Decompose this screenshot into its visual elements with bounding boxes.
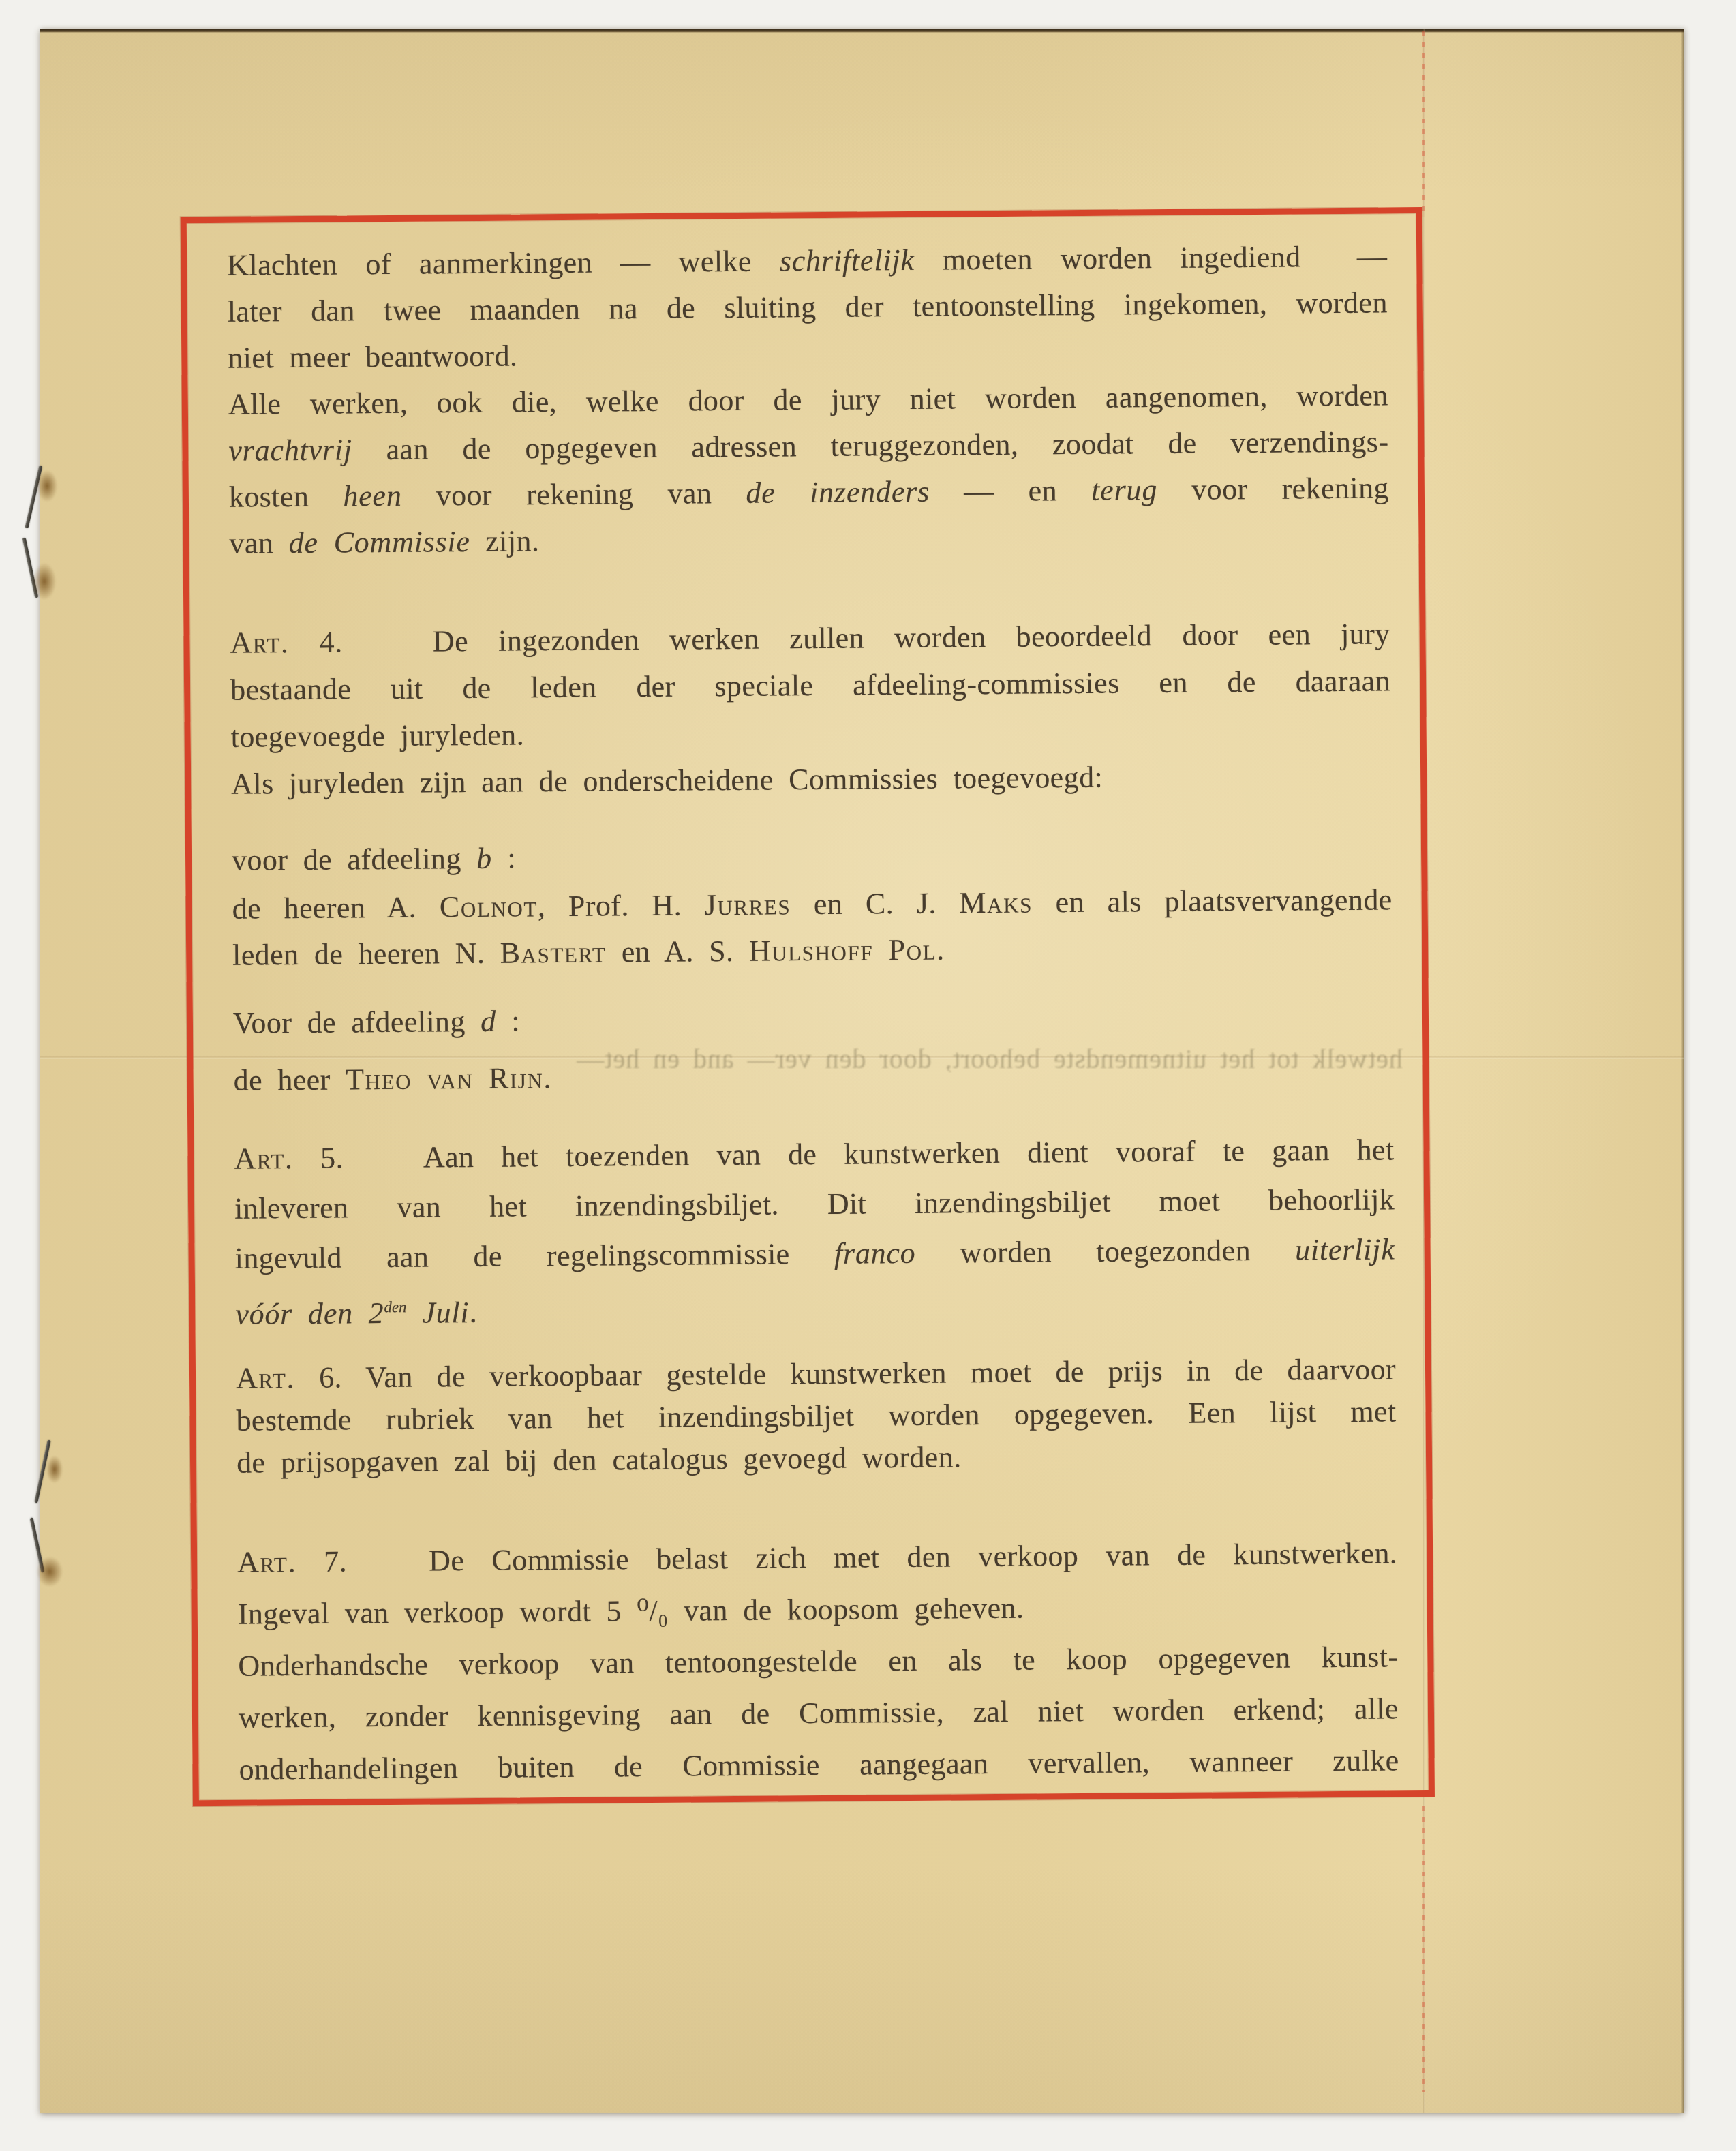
text-line: Voor de afdeeling d : [233,991,1393,1046]
text-line: van de Commissie zijn. [229,511,1389,566]
rust-stain [46,1456,63,1483]
text-line: kosten heen voor rekening van de inzende… [229,465,1389,520]
rust-stain [33,563,56,600]
text-line: Art. 7. De Commissie belast zich met den… [237,1527,1398,1588]
text-block-artikel-7: Art. 7. De Commissie belast zich met den… [237,1527,1399,1795]
text-block-artikel-4: Art. 4. De ingezonden werken zullen word… [230,610,1391,807]
text-line: werken, zonder kennisgeving aan de Commi… [239,1683,1399,1743]
text-block-afdeeling-b-juryleden: de heeren A. Colnot, Prof. H. Jurres en … [232,876,1392,978]
text-block-artikel-5: Art. 5. Aan het toezenden van de kunstwe… [234,1125,1395,1339]
scan-background: hetwelk tot het uitnemendste behoort, do… [0,0,1736,2151]
text-line: ingevuld aan de regelingscommissie franc… [234,1224,1395,1283]
text-line: later dan twee maanden na de sluiting de… [228,279,1388,335]
red-bleed-dashes-top [1422,31,1425,217]
rust-stain [37,470,57,502]
red-bleed-dashes-bottom [1422,1806,1425,2092]
text-block-afdeeling-d-jurylid: de heer Theo van Rijn. [233,1048,1393,1103]
text-block-artikel-6: Art. 6. Van de verkoopbaar gestelde kuns… [236,1348,1397,1484]
text-line: de heeren A. Colnot, Prof. H. Jurres en … [232,876,1392,932]
text-line: Art. 4. De ingezonden werken zullen word… [230,610,1390,666]
text-block-afdeeling-d-kop: Voor de afdeeling d : [233,991,1393,1046]
red-border-frame: Klachten of aanmerkingen — welke schrift… [181,207,1435,1806]
text-column: Klachten of aanmerkingen — welke schrift… [227,213,1399,1799]
text-line: Ingeval van verkoop wordt 5 ⁰/₀ van de k… [237,1579,1398,1640]
text-line: vóór den 2den Juli. [235,1274,1396,1339]
page-top-edge [40,29,1684,33]
page-right-edge [1681,29,1684,2113]
text-line: Art. 5. Aan het toezenden van de kunstwe… [234,1125,1395,1183]
text-line: onderhandelingen buiten de Commissie aan… [239,1735,1399,1795]
text-block-klachten-paragraaf: Klachten of aanmerkingen — welke schrift… [227,233,1390,566]
document-page: hetwelk tot het uitnemendste behoort, do… [40,29,1684,2113]
text-line: Onderhandsche verkoop van tentoongesteld… [238,1631,1399,1692]
text-line: Als juryleden zijn aan de onderscheidene… [231,751,1391,807]
text-line: bestaande uit de leden der speciale afde… [230,657,1390,713]
text-line: leden de heeren N. Bastert en A. S. Huls… [232,923,1392,978]
text-line: de prijsopgaven zal bij den catalogus ge… [237,1433,1397,1484]
text-line: voor de afdeeling b : [232,828,1392,883]
text-line: inleveren van het inzendingsbiljet. Dit … [234,1174,1395,1233]
text-line: de heer Theo van Rijn. [233,1048,1393,1103]
rust-stain [37,1557,63,1587]
text-block-afdeeling-b-kop: voor de afdeeling b : [232,828,1392,883]
